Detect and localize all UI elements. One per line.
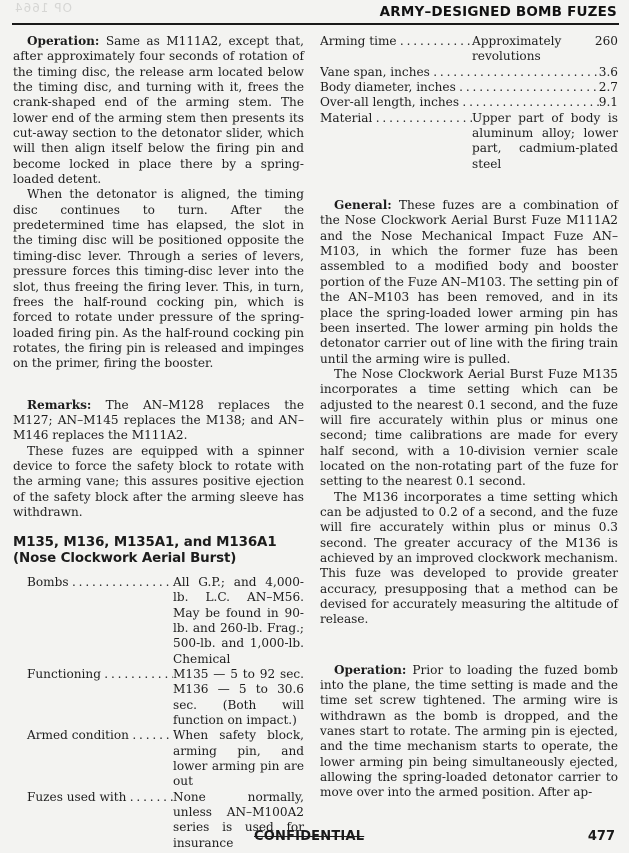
spec-key: Material — [320, 111, 472, 172]
spec-value: 3.6 — [599, 65, 618, 80]
spec-row-vane-span: Vane span, inches 3.6 — [320, 65, 618, 80]
spec-value: 2.7 — [599, 80, 618, 95]
section-heading: M135, M136, M135A1, and M136A1 (Nose Clo… — [13, 535, 304, 566]
bleed-through-text: OP 1664 — [14, 1, 72, 15]
spec-key: Armed condition — [13, 728, 173, 789]
operation-paragraph-2: When the detonator is aligned, the timin… — [13, 187, 304, 371]
spec-key: Functioning — [13, 667, 173, 728]
right-column: Arming time Approximately 260 revolution… — [320, 34, 618, 801]
remarks-paragraph: Remarks: The AN–M128 replaces the M127; … — [13, 398, 304, 444]
left-column: Operation: Same as M111A2, except that, … — [13, 34, 304, 851]
running-title: ARMY–DESIGNED BOMB FUZES — [380, 4, 617, 20]
document-page: OP 1664 ARMY–DESIGNED BOMB FUZES Operati… — [0, 0, 629, 853]
spec-value: Approximately 260 revolutions — [472, 34, 618, 65]
spec-row-overall-length: Over-all length, inches 9.1 — [320, 95, 618, 110]
general-paragraph-3: The M136 incorporates a time setting whi… — [320, 490, 618, 628]
spec-key: Body diameter, inches — [320, 80, 599, 95]
page-number: 477 — [588, 829, 615, 844]
remarks-paragraph-2: These fuzes are equipped with a spinner … — [13, 444, 304, 521]
spec-value: All G.P.; and 4,000-lb. L.C. AN–M56. May… — [173, 575, 304, 667]
spec-value: M135 — 5 to 92 sec. M136 — 5 to 30.6 sec… — [173, 667, 304, 728]
spec-row-arming-time: Arming time Approximately 260 revolution… — [320, 34, 618, 65]
remarks-label: Remarks: — [27, 398, 91, 412]
general-label: General: — [334, 198, 392, 212]
operation-paragraph: Operation: Same as M111A2, except that, … — [13, 34, 304, 187]
general-paragraph-2: The Nose Clockwork Aerial Burst Fuze M13… — [320, 367, 618, 490]
spec-row-functioning: Functioning M135 — 5 to 92 sec. M136 — 5… — [13, 667, 304, 728]
general-paragraph: General: These fuzes are a combination o… — [320, 198, 618, 367]
header-rule — [12, 23, 619, 25]
spec-row-body-diameter: Body diameter, inches 2.7 — [320, 80, 618, 95]
spec-value: When safety block, arming pin, and lower… — [173, 728, 304, 789]
spec-key: Bombs — [13, 575, 173, 667]
spec-value: Upper part of body is aluminum alloy; lo… — [472, 111, 618, 172]
spec-key: Vane span, inches — [320, 65, 599, 80]
operation-label: Operation: — [27, 34, 99, 48]
spec-row-armed-condition: Armed condition When safety block, armin… — [13, 728, 304, 789]
operation-paragraph-right: Operation: Prior to loading the fuzed bo… — [320, 663, 618, 801]
spec-row-bombs: Bombs All G.P.; and 4,000-lb. L.C. AN–M5… — [13, 575, 304, 667]
operation-label: Operation: — [334, 663, 406, 677]
spec-row-material: Material Upper part of body is aluminum … — [320, 111, 618, 172]
spec-key: Arming time — [320, 34, 472, 65]
spec-key: Over-all length, inches — [320, 95, 599, 110]
classification-marking: CONFIDENTIAL — [254, 829, 364, 844]
spec-value: 9.1 — [599, 95, 618, 110]
spec-key: Fuzes used with — [13, 790, 173, 851]
